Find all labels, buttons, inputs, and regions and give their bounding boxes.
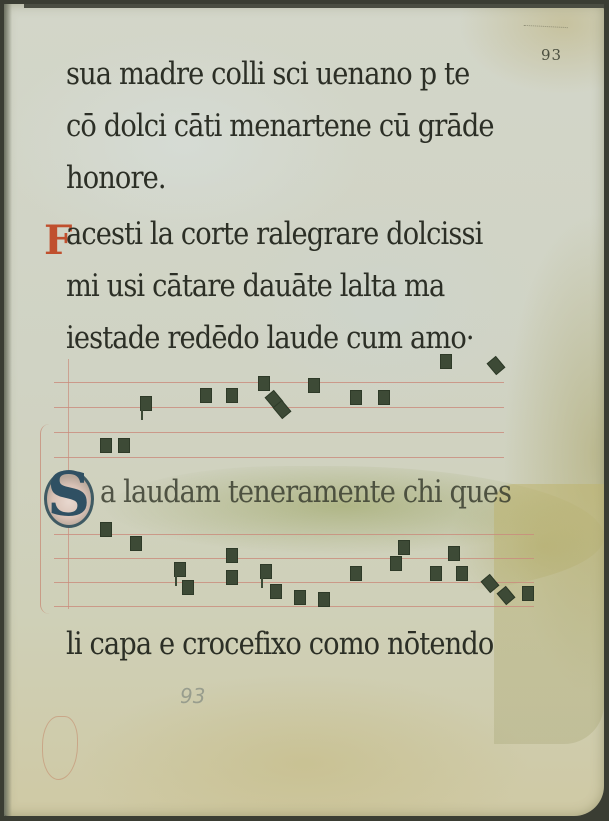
neume [318,592,330,607]
page-left-edge [4,4,12,816]
margin-sketch [42,716,78,780]
neume [100,438,112,453]
neume [522,586,534,601]
manuscript-page: 93 sua madre colli sci uenano p te cō do… [4,4,604,816]
neume [440,354,452,369]
staff-line [54,432,504,433]
neume [487,356,506,375]
neume [497,586,516,605]
neume [398,540,410,555]
damaged-corner-stain [494,484,604,744]
staff-line [54,558,534,559]
neume [390,556,402,571]
music-staff-2 [54,534,534,614]
neume [118,438,130,453]
illuminated-initial-s: S [47,460,90,530]
staff-line [54,457,504,458]
music-staff-1 [54,382,504,462]
neume [448,546,460,561]
neume [294,590,306,605]
neume [226,548,238,563]
neume [270,584,282,599]
page-top-edge [24,4,604,8]
neume [200,388,212,403]
neume [258,376,270,391]
neume [226,570,238,585]
text-line-6: iestade redēdo laude cum amo· [66,320,474,356]
pencil-folio-number: 93 [180,684,205,708]
neume [226,388,238,403]
staff-line [54,382,504,383]
neume [260,564,272,579]
neume [456,566,468,581]
folio-annotation-scribble [524,15,569,28]
neume [378,390,390,405]
staff-line [54,534,534,535]
neume [182,580,194,595]
neume [130,536,142,551]
staff-line [54,606,534,607]
neume [308,378,320,393]
text-line-4: acesti la corte ralegrare dolcissi [66,216,482,252]
text-line-7: a laudam teneramente chi ques [100,474,511,510]
staff-line [54,582,534,583]
text-line-1: sua madre colli sci uenano p te [66,56,469,92]
text-line-5: mi usi cātare dauāte lalta ma [66,268,444,304]
neume [481,574,500,593]
neume [350,390,362,405]
text-line-2: cō dolci cāti menartene cū grāde [66,108,494,144]
text-line-3: honore. [66,160,166,196]
folio-number: 93 [541,46,562,64]
neume [140,396,152,411]
neume [430,566,442,581]
neume [100,522,112,537]
neume [174,562,186,577]
text-line-8: li capa e crocefixo como nōtendo [66,626,493,662]
neume [350,566,362,581]
